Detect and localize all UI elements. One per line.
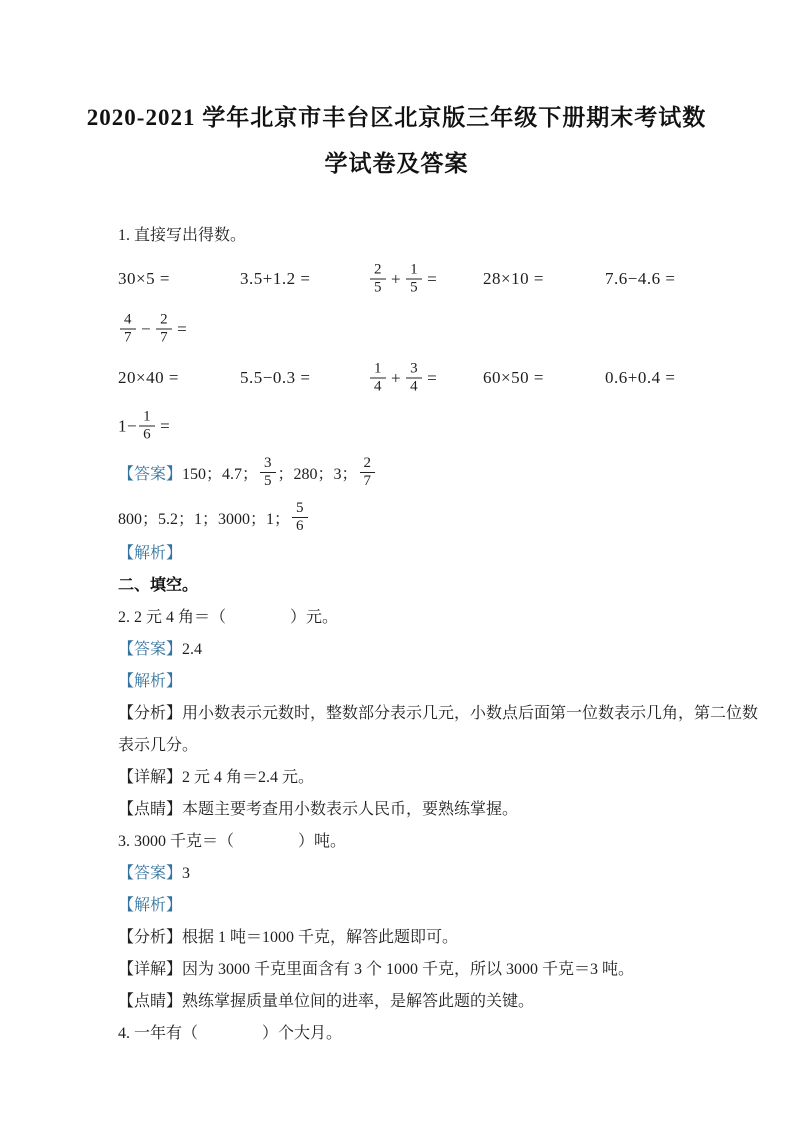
expression-30x5: 30×5 = bbox=[118, 269, 170, 289]
expression-60x50: 60×50 = bbox=[483, 368, 544, 388]
document-page: 2020-2021 学年北京市丰台区北京版三年级下册期末考试数 学试卷及答案 1… bbox=[0, 0, 793, 1122]
expression-1-4-plus-3-4: 14 + 34 = bbox=[368, 361, 440, 396]
q4-question: 4. 一年有（ ）个大月。 bbox=[118, 1018, 733, 1050]
expression-2-5-plus-1-5: 25 + 15 = bbox=[368, 262, 440, 297]
expression-28x10: 28×10 = bbox=[483, 269, 544, 289]
minus-operator: − bbox=[141, 319, 151, 339]
q2-answer-value: 2.4 bbox=[182, 641, 202, 658]
q1-math-row2: 47 − 27 = bbox=[118, 306, 733, 352]
q1-math-row3: 20×40 = 5.5−0.3 = 14 + 34 = 60×50 = 0.6+… bbox=[118, 352, 733, 404]
q3-answer-line: 【答案】3 bbox=[118, 858, 733, 890]
q2-tip: 【点睛】本题主要考查用小数表示人民币，要熟练掌握。 bbox=[118, 794, 733, 826]
fraction: 27 bbox=[156, 312, 172, 347]
plus-operator: + bbox=[391, 368, 401, 388]
q2-analysis-line1: 【分析】用小数表示元数时，整数部分表示几元，小数点后面第一位数表示几角，第二位数 bbox=[118, 698, 733, 730]
equals-sign: = bbox=[427, 269, 437, 289]
fraction: 35 bbox=[260, 455, 276, 490]
q3-answer-value: 3 bbox=[182, 865, 190, 882]
q1-answer-line1: 【答案】150；4.7；35；280；3；27 bbox=[118, 448, 733, 496]
q1-math-row4: 1− 16 = bbox=[118, 404, 733, 448]
answer-values: 800；5.2；1；3000；1； bbox=[118, 506, 290, 529]
plus-operator: + bbox=[391, 269, 401, 289]
equals-sign: = bbox=[427, 368, 437, 388]
q1-jiexi-marker: 【解析】 bbox=[118, 538, 733, 570]
title-line2: 学试卷及答案 bbox=[325, 151, 469, 176]
answer-marker: 【答案】 bbox=[118, 461, 182, 484]
q2-answer-line: 【答案】2.4 bbox=[118, 634, 733, 666]
answer-marker: 【答案】 bbox=[118, 641, 182, 658]
expression-1-minus-1-6: 1− 16 = bbox=[118, 409, 173, 444]
q3-detail: 【详解】因为 3000 千克里面含有 3 个 1000 千克，所以 3000 千… bbox=[118, 954, 733, 986]
q2-question: 2. 2 元 4 角＝（ ）元。 bbox=[118, 602, 733, 634]
fraction: 56 bbox=[292, 500, 308, 535]
q3-analysis: 【分析】根据 1 吨＝1000 千克，解答此题即可。 bbox=[118, 922, 733, 954]
expression-20x40: 20×40 = bbox=[118, 368, 179, 388]
answer-marker: 【答案】 bbox=[118, 865, 182, 882]
q1-heading: 1. 直接写出得数。 bbox=[118, 220, 733, 252]
expression-4-7-minus-2-7: 47 − 27 = bbox=[118, 312, 190, 347]
q3-jiexi-marker: 【解析】 bbox=[118, 890, 733, 922]
fraction: 25 bbox=[370, 262, 386, 297]
fraction: 16 bbox=[139, 409, 155, 444]
expression-0p6-plus-0p4: 0.6+0.4 = bbox=[605, 368, 675, 388]
q2-jiexi-marker: 【解析】 bbox=[118, 666, 733, 698]
q1-math-row1: 30×5 = 3.5+1.2 = 25 + 15 = 28×10 = 7.6−4… bbox=[118, 252, 733, 306]
fraction: 15 bbox=[406, 262, 422, 297]
answer-values: 150；4.7； bbox=[182, 461, 258, 484]
section2-heading: 二、填空。 bbox=[118, 570, 733, 602]
page-title: 2020-2021 学年北京市丰台区北京版三年级下册期末考试数 学试卷及答案 bbox=[0, 95, 793, 187]
answer-values: ；280；3； bbox=[278, 461, 358, 484]
expression-3p5-plus-1p2: 3.5+1.2 = bbox=[240, 269, 310, 289]
expression-5p5-minus-0p3: 5.5−0.3 = bbox=[240, 368, 310, 388]
equals-sign: = bbox=[160, 416, 170, 436]
fraction: 27 bbox=[360, 455, 376, 490]
q2-detail: 【详解】2 元 4 角＝2.4 元。 bbox=[118, 762, 733, 794]
equals-sign: = bbox=[177, 319, 187, 339]
document-body: 1. 直接写出得数。 30×5 = 3.5+1.2 = 25 + 15 = 28… bbox=[118, 220, 733, 1050]
fraction: 34 bbox=[406, 361, 422, 396]
title-line1: 2020-2021 学年北京市丰台区北京版三年级下册期末考试数 bbox=[87, 105, 706, 130]
fraction: 47 bbox=[120, 312, 136, 347]
q3-question: 3. 3000 千克＝（ ）吨。 bbox=[118, 826, 733, 858]
fraction: 14 bbox=[370, 361, 386, 396]
q3-tip: 【点睛】熟练掌握质量单位间的进率，是解答此题的关键。 bbox=[118, 986, 733, 1018]
expression-7p6-minus-4p6: 7.6−4.6 = bbox=[605, 269, 675, 289]
expression-prefix: 1− bbox=[118, 416, 137, 436]
q2-analysis-line2: 表示几分。 bbox=[118, 730, 733, 762]
q1-answer-line2: 800；5.2；1；3000；1；56 bbox=[118, 496, 733, 538]
